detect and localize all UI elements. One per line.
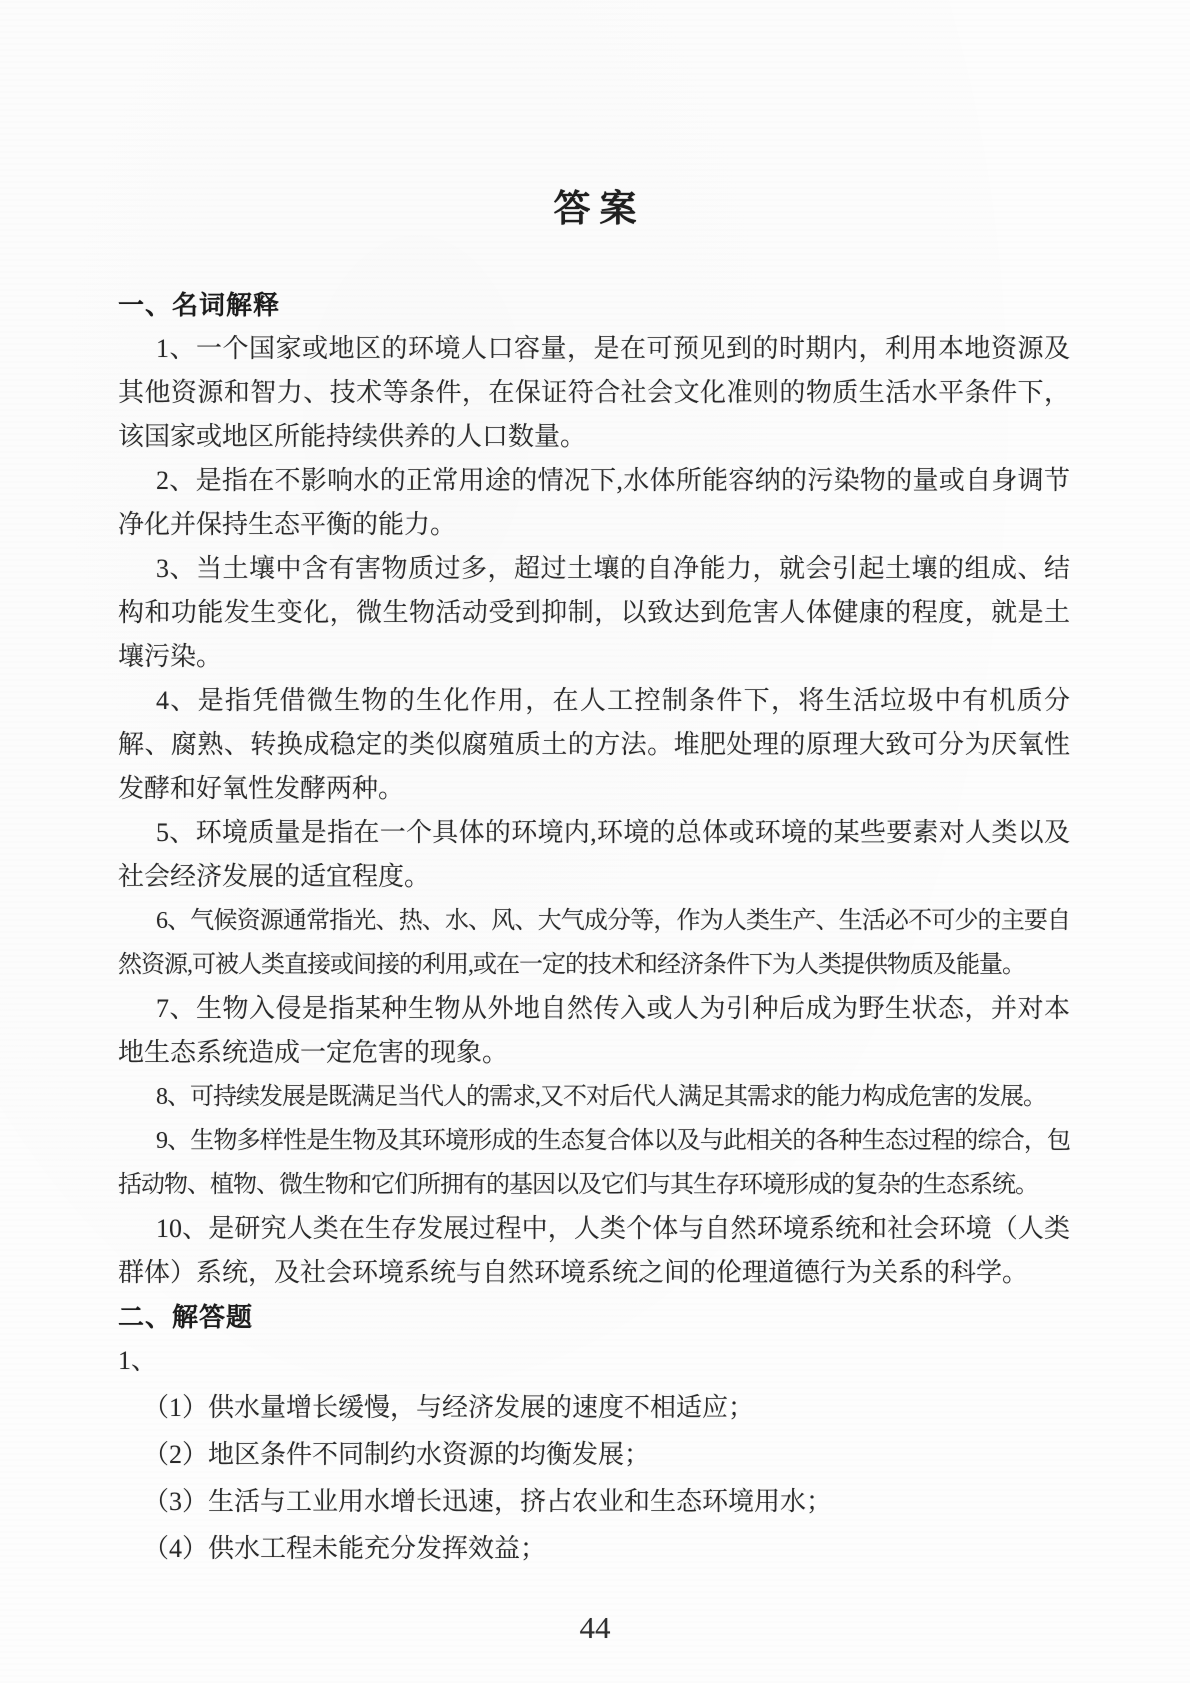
definition-item-6: 6、气候资源通常指光、热、水、风、大气成分等，作为人类生产、生活必不可少的主要自… (118, 899, 1070, 987)
document-body: 一、名词解释 1、一个国家或地区的环境人口容量，是在可预见到的时期内，利用本地资… (118, 283, 1070, 1571)
document-page: 答案 一、名词解释 1、一个国家或地区的环境人口容量，是在可预见到的时期内，利用… (0, 0, 1190, 1683)
definition-item-1: 1、一个国家或地区的环境人口容量，是在可预见到的时期内，利用本地资源及其他资源和… (118, 327, 1070, 459)
definition-item-2: 2、是指在不影响水的正常用途的情况下,水体所能容纳的污染物的量或自身调节净化并保… (118, 459, 1070, 547)
section-heading-answers: 二、解答题 (118, 1295, 1070, 1339)
section-heading-definitions: 一、名词解释 (118, 283, 1070, 327)
definition-item-7: 7、生物入侵是指某种生物从外地自然传入或人为引种后成为野生状态，并对本地生态系统… (118, 987, 1070, 1075)
answer-item-2: （2）地区条件不同制约水资源的均衡发展； (118, 1432, 1070, 1477)
answer-item-3: （3）生活与工业用水增长迅速，挤占农业和生态环境用水； (118, 1479, 1070, 1524)
answer-item-1: （1）供水量增长缓慢，与经济发展的速度不相适应； (118, 1385, 1070, 1430)
definition-item-4: 4、是指凭借微生物的生化作用，在人工控制条件下，将生活垃圾中有机质分解、腐熟、转… (118, 679, 1070, 811)
page-number: 44 (0, 1610, 1190, 1646)
definition-item-5: 5、环境质量是指在一个具体的环境内,环境的总体或环境的某些要素对人类以及社会经济… (118, 811, 1070, 899)
definition-item-9: 9、生物多样性是生物及其环境形成的生态复合体以及与此相关的各种生态过程的综合，包… (118, 1119, 1070, 1207)
question-number: 1、 (118, 1339, 1070, 1383)
answer-item-4: （4）供水工程未能充分发挥效益； (118, 1526, 1070, 1571)
page-title: 答案 (0, 186, 1190, 234)
definition-item-3: 3、当土壤中含有害物质过多，超过土壤的自净能力，就会引起土壤的组成、结构和功能发… (118, 547, 1070, 679)
definition-item-8: 8、可持续发展是既满足当代人的需求,又不对后代人满足其需求的能力构成危害的发展。 (118, 1075, 1070, 1119)
definition-item-10: 10、是研究人类在生存发展过程中，人类个体与自然环境系统和社会环境（人类群体）系… (118, 1207, 1070, 1295)
